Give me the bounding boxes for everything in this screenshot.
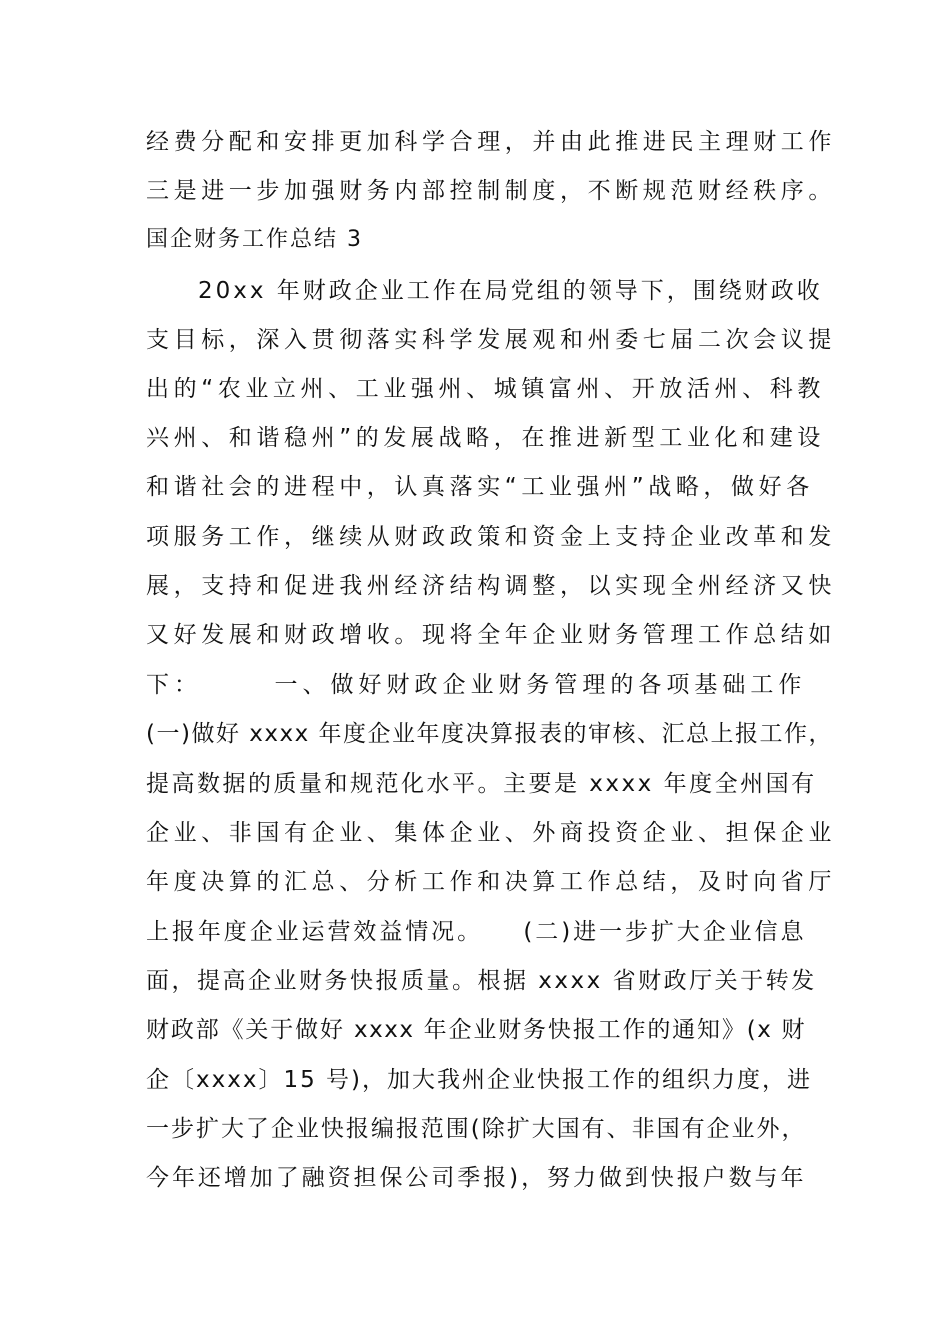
text-line: 又好发展和财政增收。现将全年企业财务管理工作总结如 bbox=[146, 615, 806, 655]
text-line: 上报年度企业运营效益情况。 (二)进一步扩大企业信息 bbox=[146, 912, 806, 952]
section-heading-inline: 下： 一、做好财政企业财务管理的各项基础工作 bbox=[146, 665, 806, 705]
text-line: 今年还增加了融资担保公司季报)，努力做到快报户数与年 bbox=[146, 1158, 806, 1198]
text-line: 一步扩大了企业快报编报范围(除扩大国有、非国有企业外， bbox=[146, 1109, 806, 1149]
document-page: 经费分配和安排更加科学合理，并由此推进民主理财工作 三是进一步加强财务内部控制制… bbox=[0, 0, 950, 1344]
text-line: 提高数据的质量和规范化水平。主要是 xxxx 年度全州国有 bbox=[146, 764, 806, 804]
section-heading: 国企财务工作总结 3 bbox=[146, 220, 806, 260]
text-line: 企业、非国有企业、集体企业、外商投资企业、担保企业 bbox=[146, 813, 806, 853]
text-line: 企〔xxxx〕15 号)，加大我州企业快报工作的组织力度，进 bbox=[146, 1060, 806, 1100]
text-line: 财政部《关于做好 xxxx 年企业财务快报工作的通知》(x 财 bbox=[146, 1010, 806, 1050]
text-line: 面，提高企业财务快报质量。根据 xxxx 省财政厅关于转发 bbox=[146, 961, 806, 1001]
text-line: (一)做好 xxxx 年度企业年度决算报表的审核、汇总上报工作， bbox=[146, 714, 806, 754]
text-line: 项服务工作，继续从财政政策和资金上支持企业改革和发 bbox=[146, 517, 806, 557]
text-line: 年度决算的汇总、分析工作和决算工作总结，及时向省厅 bbox=[146, 862, 806, 902]
paragraph-first-line: 20xx 年财政企业工作在局党组的领导下，围绕财政收 bbox=[146, 271, 806, 311]
text-line: 展，支持和促进我州经济结构调整，以实现全州经济又快 bbox=[146, 566, 806, 606]
text-line: 和谐社会的进程中，认真落实“工业强州”战略，做好各 bbox=[146, 467, 806, 507]
text-line: 兴州、和谐稳州”的发展战略，在推进新型工业化和建设 bbox=[146, 418, 806, 458]
text-line: 出的“农业立州、工业强州、城镇富州、开放活州、科教 bbox=[146, 369, 806, 409]
text-line: 支目标，深入贯彻落实科学发展观和州委七届二次会议提 bbox=[146, 320, 806, 360]
text-line: 三是进一步加强财务内部控制制度，不断规范财经秩序。 bbox=[146, 171, 806, 211]
text-line: 经费分配和安排更加科学合理，并由此推进民主理财工作 bbox=[146, 122, 806, 162]
